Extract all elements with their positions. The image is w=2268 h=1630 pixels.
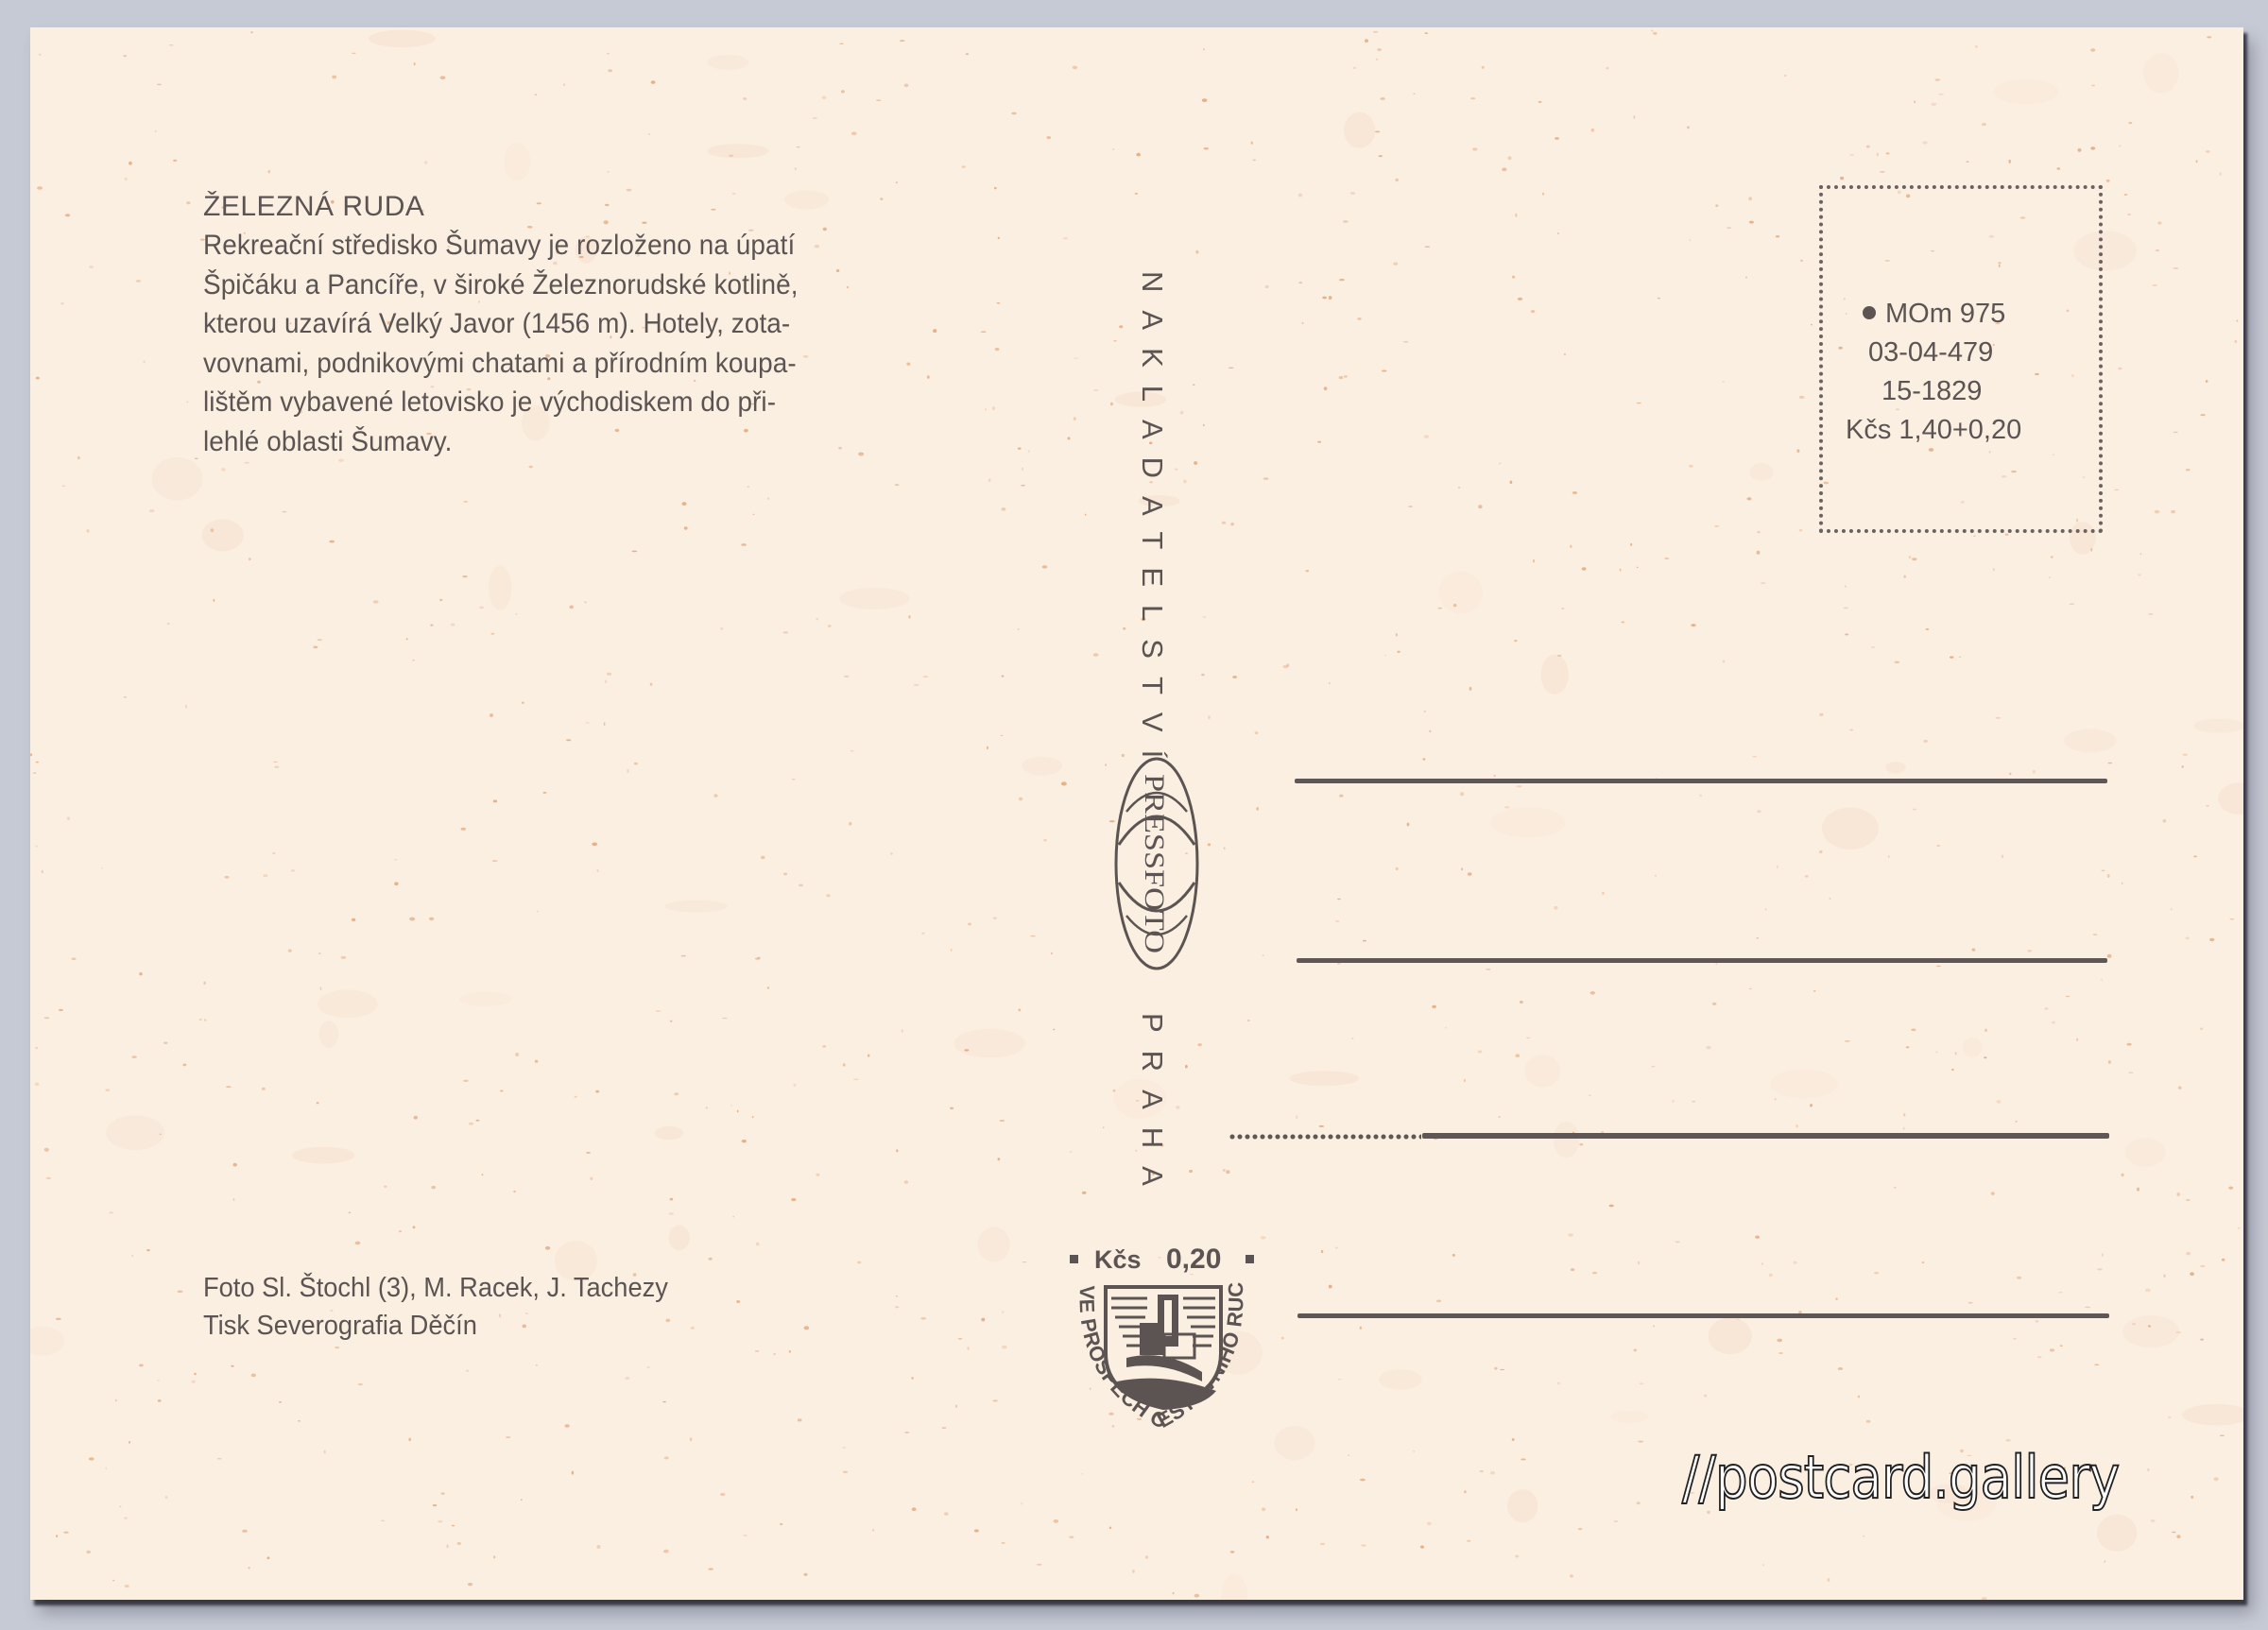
castle-shield-icon <box>1106 1287 1221 1410</box>
print-credit: Tisk Severografia Děčín <box>203 1307 668 1345</box>
stamp-placeholder-box: MOm 975 03-04-479 15-1829 Kčs 1,40+0,20 <box>1819 185 2103 533</box>
address-line-3 <box>1422 1133 2109 1139</box>
stamp-box-line-1: MOm 975 <box>1863 295 2139 334</box>
publisher-vertical-text: NAKLADATELSTVÍ <box>1135 271 1169 776</box>
description-line: lištěm vybavené letovisko je východiskem… <box>203 383 799 422</box>
stamp-box-line-4: Kčs 1,40+0,20 <box>1846 411 2122 450</box>
publisher-city-text: PRAHA <box>1135 1013 1169 1204</box>
address-line-4 <box>1297 1313 2109 1318</box>
postcard-description: Rekreační středisko Šumavy je rozloženo … <box>203 226 799 461</box>
pressfoto-logo-text: PRESSFOTO <box>1139 774 1170 953</box>
tourism-stamp: Kčs 0,20 VE PROSPĚCH CESTOVNÍHO RUCHU <box>1060 1240 1263 1443</box>
address-line-1 <box>1295 779 2107 783</box>
description-line: Rekreační středisko Šumavy je rozloženo … <box>203 226 799 266</box>
filled-dot-icon <box>1863 306 1876 319</box>
postcard-title: ŽELEZNÁ RUDA <box>203 188 424 226</box>
description-line: vovnami, podnikovými chatami a přírodním… <box>203 344 799 384</box>
photo-credit: Foto Sl. Štochl (3), M. Racek, J. Tachez… <box>203 1269 668 1307</box>
description-line: Špičáku a Pancíře, v široké Železnorudsk… <box>203 266 799 305</box>
description-line: kterou uzavírá Velký Javor (1456 m). Hot… <box>203 304 799 344</box>
description-line: lehlé oblasti Šumavy. <box>203 422 799 462</box>
pressfoto-logo-icon: PRESSFOTO <box>1113 755 1200 972</box>
stamp-box-line-2: 03-04-479 <box>1868 334 2144 372</box>
stamp-currency: Kčs <box>1094 1245 1142 1274</box>
watermark: //postcard.gallery <box>1682 1443 2119 1512</box>
credits: Foto Sl. Štochl (3), M. Racek, J. Tachez… <box>203 1269 668 1345</box>
address-line-3-dotted <box>1228 1134 1421 1140</box>
address-line-2 <box>1297 958 2107 963</box>
stamp-value: 0,20 <box>1166 1244 1221 1275</box>
stamp-box-line-3: 15-1829 <box>1881 372 2157 411</box>
postcard-back: ŽELEZNÁ RUDA Rekreační středisko Šumavy … <box>30 27 2243 1600</box>
